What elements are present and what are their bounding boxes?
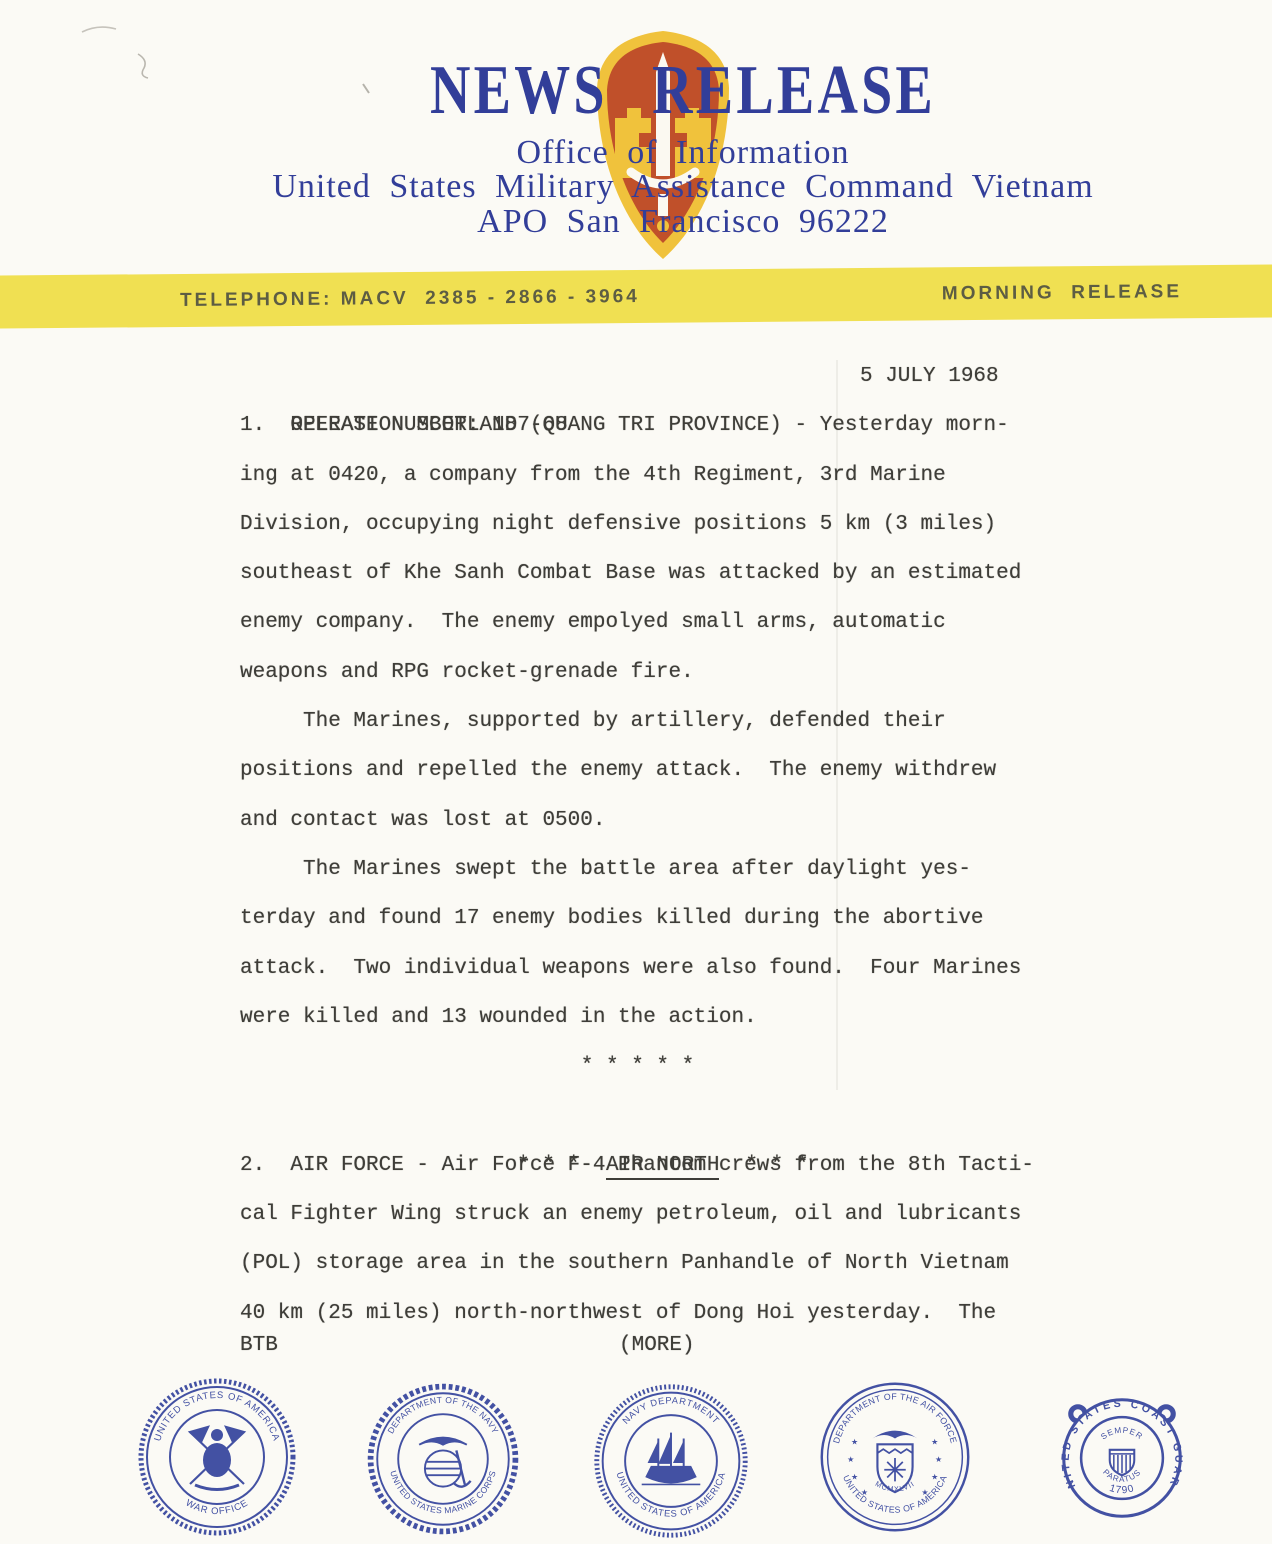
typescript-line: attack. Two individual weapons were also… <box>240 944 1035 993</box>
eagle-globe-anchor-icon <box>419 1438 470 1487</box>
scanned-news-release-page: { "page": { "bg": "#fbfaf5", "ink": "#3e… <box>0 0 1272 1544</box>
coast-guard-seal: UNITED STATES COAST GUARD SEMPER PARATUS… <box>1030 1366 1214 1544</box>
marine-corps-seal: DEPARTMENT OF THE NAVY UNITED STATES MAR… <box>362 1378 524 1540</box>
more-marker: (MORE) <box>619 1334 695 1357</box>
typescript-line: weapons and RPG rocket-grenade fire. <box>240 648 1035 697</box>
svg-text:★: ★ <box>931 1472 938 1481</box>
typescript-line: enemy company. The enemy empolyed small … <box>240 598 1035 647</box>
header-command-line: United States Military Assistance Comman… <box>94 170 1272 204</box>
telephone-banner: TELEPHONE: MACV 2385 - 2866 - 3964 MORNI… <box>0 264 1272 328</box>
release-date: 5 JULY 1968 <box>860 352 999 401</box>
typescript-line: were killed and 13 wounded in the action… <box>240 993 1035 1042</box>
typescript-line: The Marines swept the battle area after … <box>240 845 1035 894</box>
seal-bottom-text: WAR OFFICE <box>184 1498 251 1518</box>
page-title: NEWS RELEASE <box>212 56 1154 126</box>
typescript-line: cal Fighter Wing struck an enemy petrole… <box>240 1190 1035 1239</box>
svg-text:★: ★ <box>921 1488 928 1497</box>
svg-text:NAVY DEPARTMENT: NAVY DEPARTMENT <box>620 1395 721 1425</box>
svg-text:★: ★ <box>847 1455 854 1464</box>
telephone-number: TELEPHONE: MACV 2385 - 2866 - 3964 <box>180 285 640 311</box>
typescript-line: Division, occupying night defensive posi… <box>240 500 1035 549</box>
air-force-seal: DEPARTMENT OF THE AIR FORCE UNITED STATE… <box>812 1374 978 1540</box>
section-header-air-north: * * *AIR NORTH* * * <box>240 1091 1035 1140</box>
typescript-line: and contact was lost at 0500. <box>240 796 1035 845</box>
svg-text:UNITED STATES MARINE CORPS: UNITED STATES MARINE CORPS <box>388 1469 498 1515</box>
release-time-label: MORNING RELEASE <box>942 281 1182 305</box>
typescript-line: (POL) storage area in the southern Panha… <box>240 1239 1035 1288</box>
star-separator: * * * * * <box>240 1042 1035 1091</box>
svg-text:★: ★ <box>861 1488 868 1497</box>
writer-initials: BTB <box>240 1334 278 1357</box>
typescript-line: positions and repelled the enemy attack.… <box>240 746 1035 795</box>
svg-text:★: ★ <box>851 1437 858 1446</box>
svg-text:★: ★ <box>851 1472 858 1481</box>
svg-text:WAR OFFICE: WAR OFFICE <box>184 1498 251 1518</box>
seal-top-text: NAVY DEPARTMENT <box>620 1395 721 1425</box>
release-number: RELEASE NUMBER: 187-68 <box>290 414 567 437</box>
header-office-line: Office of Information <box>94 136 1272 170</box>
typescript-line: 2. AIR FORCE - Air Force F-4 Phantom cre… <box>240 1141 1035 1190</box>
typescript-line: terday and found 17 enemy bodies killed … <box>240 894 1035 943</box>
typescript-line: 40 km (25 miles) north-northwest of Dong… <box>240 1289 1035 1338</box>
army-war-office-seal: UNITED STATES OF AMERICA WAR OFFICE <box>132 1372 302 1542</box>
typescript-line: The Marines, supported by artillery, def… <box>240 697 1035 746</box>
header-apo-line: APO San Francisco 96222 <box>94 205 1272 239</box>
release-number-line: RELEASE NUMBER: 187-68 5 JULY 1968 <box>240 352 1035 401</box>
svg-text:★: ★ <box>935 1455 942 1464</box>
navy-department-seal: NAVY DEPARTMENT UNITED STATES OF AMERICA <box>588 1378 754 1544</box>
release-body: RELEASE NUMBER: 187-68 5 JULY 1968 1. OP… <box>240 352 1035 1338</box>
seal-bottom-text: UNITED STATES MARINE CORPS <box>388 1469 498 1515</box>
svg-text:★: ★ <box>931 1437 938 1446</box>
army-flags-armor-icon <box>190 1427 244 1490</box>
sailing-ship-icon <box>642 1433 701 1485</box>
typescript-line: southeast of Khe Sanh Combat Base was at… <box>240 549 1035 598</box>
typescript-line: ing at 0420, a company from the 4th Regi… <box>240 451 1035 500</box>
